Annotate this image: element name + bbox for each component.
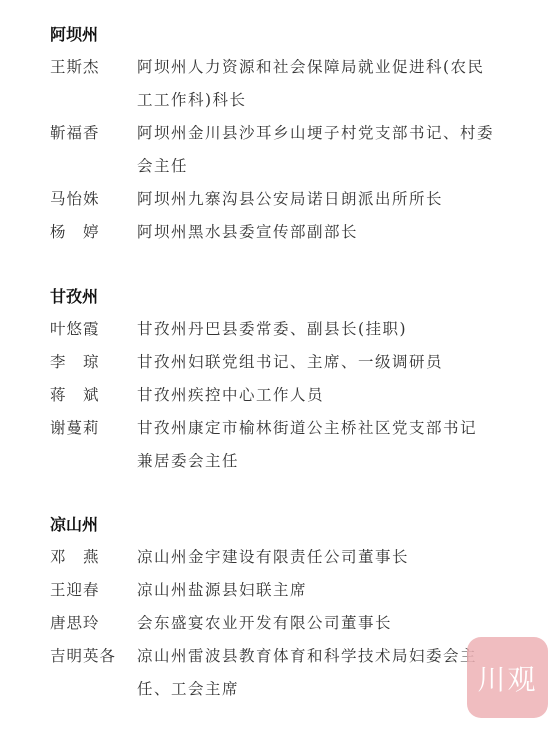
person-name: 蒋 斌 xyxy=(50,379,137,412)
person-title: 阿坝州人力资源和社会保障局就业促进科(农民 工工作科)科长 xyxy=(137,51,502,117)
list-item: 吉明英各 凉山州雷波县教育体育和科学技术局妇委会主 任、工会主席 xyxy=(50,640,520,706)
person-title: 凉山州雷波县教育体育和科学技术局妇委会主 任、工会主席 xyxy=(137,640,502,706)
person-name: 马怡姝 xyxy=(50,183,137,216)
person-name: 王迎春 xyxy=(50,574,137,607)
section-heading: 凉山州 xyxy=(50,513,520,537)
person-name: 邓 燕 xyxy=(50,541,137,574)
list-item: 谢蔓莉 甘孜州康定市榆林街道公主桥社区党支部书记 兼居委会主任 xyxy=(50,412,520,478)
section-heading: 阿坝州 xyxy=(50,23,520,47)
list-item: 李 琼 甘孜州妇联党组书记、主席、一级调研员 xyxy=(50,346,520,379)
list-item: 王迎春 凉山州盐源县妇联主席 xyxy=(50,574,520,607)
list-item: 王斯杰 阿坝州人力资源和社会保障局就业促进科(农民 工工作科)科长 xyxy=(50,51,520,117)
person-name: 吉明英各 xyxy=(50,640,137,706)
list-item: 蒋 斌 甘孜州疾控中心工作人员 xyxy=(50,379,520,412)
list-item: 马怡姝 阿坝州九寨沟县公安局诺日朗派出所所长 xyxy=(50,183,520,216)
person-title: 阿坝州金川县沙耳乡山埂子村党支部书记、村委 会主任 xyxy=(137,117,502,183)
section-ganzi: 甘孜州 叶悠霞 甘孜州丹巴县委常委、副县长(挂职) 李 琼 甘孜州妇联党组书记、… xyxy=(50,285,520,478)
person-name: 杨 婷 xyxy=(50,216,137,249)
list-item: 杨 婷 阿坝州黑水县委宣传部副部长 xyxy=(50,216,520,249)
person-title: 凉山州金宇建设有限责任公司董事长 xyxy=(137,541,502,574)
person-name: 李 琼 xyxy=(50,346,137,379)
person-title: 甘孜州妇联党组书记、主席、一级调研员 xyxy=(137,346,502,379)
list-item: 唐思玲 会东盛宴农业开发有限公司董事长 xyxy=(50,607,520,640)
person-title: 甘孜州康定市榆林街道公主桥社区党支部书记 兼居委会主任 xyxy=(137,412,502,478)
person-title: 甘孜州疾控中心工作人员 xyxy=(137,379,502,412)
person-name: 王斯杰 xyxy=(50,51,137,117)
section-aba: 阿坝州 王斯杰 阿坝州人力资源和社会保障局就业促进科(农民 工工作科)科长 靳福… xyxy=(50,23,520,249)
person-name: 叶悠霞 xyxy=(50,313,137,346)
list-item: 邓 燕 凉山州金宇建设有限责任公司董事长 xyxy=(50,541,520,574)
person-name: 谢蔓莉 xyxy=(50,412,137,478)
person-name: 唐思玲 xyxy=(50,607,137,640)
section-heading: 甘孜州 xyxy=(50,285,520,309)
person-title: 甘孜州丹巴县委常委、副县长(挂职) xyxy=(137,313,502,346)
person-title: 会东盛宴农业开发有限公司董事长 xyxy=(137,607,502,640)
person-name: 靳福香 xyxy=(50,117,137,183)
person-title: 阿坝州黑水县委宣传部副部长 xyxy=(137,216,502,249)
list-item: 靳福香 阿坝州金川县沙耳乡山埂子村党支部书记、村委 会主任 xyxy=(50,117,520,183)
section-liangshan: 凉山州 邓 燕 凉山州金宇建设有限责任公司董事长 王迎春 凉山州盐源县妇联主席 … xyxy=(50,513,520,706)
chuanguan-logo-watermark: 川观 xyxy=(467,637,548,718)
person-title: 阿坝州九寨沟县公安局诺日朗派出所所长 xyxy=(137,183,502,216)
list-item: 叶悠霞 甘孜州丹巴县委常委、副县长(挂职) xyxy=(50,313,520,346)
person-title: 凉山州盐源县妇联主席 xyxy=(137,574,502,607)
